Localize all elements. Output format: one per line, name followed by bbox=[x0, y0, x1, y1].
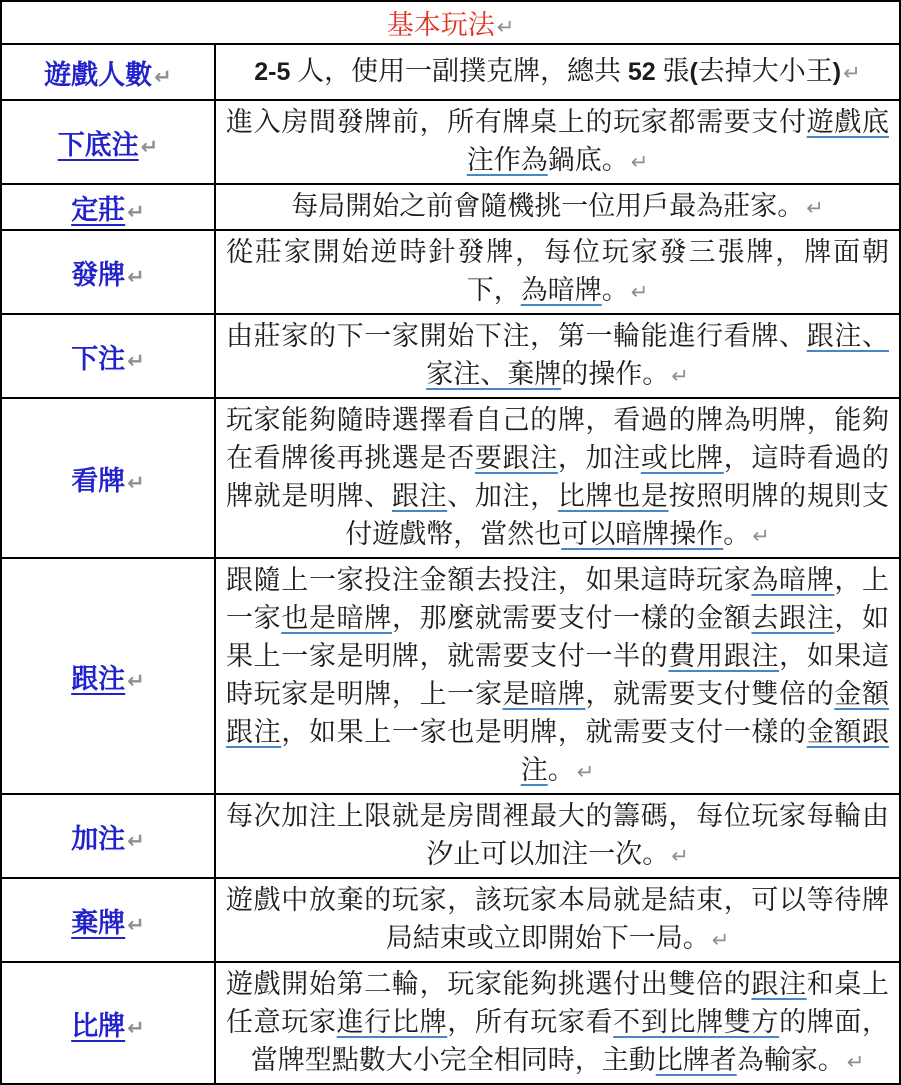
description-text: 。 bbox=[548, 755, 575, 785]
return-mark: ↵ bbox=[127, 349, 145, 373]
return-mark: ↵ bbox=[127, 829, 145, 853]
return-mark: ↵ bbox=[752, 524, 770, 548]
description-text: 52 bbox=[628, 58, 656, 86]
return-mark: ↵ bbox=[127, 200, 145, 224]
term-cell: 跟注↵ bbox=[1, 558, 215, 794]
term-label: 看牌 bbox=[71, 466, 125, 496]
term-link[interactable]: 定莊 bbox=[71, 195, 125, 225]
description-link-text[interactable]: 不到比牌雙方 bbox=[613, 1007, 779, 1037]
return-mark: ↵ bbox=[127, 265, 145, 289]
term-label: 加注 bbox=[71, 824, 125, 854]
term-cell: 看牌↵ bbox=[1, 398, 215, 558]
return-mark: ↵ bbox=[806, 196, 824, 220]
term-cell: 棄牌↵ bbox=[1, 878, 215, 962]
description-cell: 每次加注上限就是房間裡最大的籌碼，每位玩家每輪由汐止可以加注一次。↵ bbox=[215, 794, 900, 878]
description-text: 張 bbox=[656, 56, 690, 86]
description-link-text[interactable]: 費用跟注 bbox=[668, 641, 779, 671]
description-text: 的操作。 bbox=[561, 359, 669, 389]
description-text: 為輸家。 bbox=[737, 1045, 845, 1075]
description-text: 每局開始之前會隨機挑一位用戶最為莊家。 bbox=[291, 191, 804, 221]
table-row: 比牌↵遊戲開始第二輪，玩家能夠挑選付出雙倍的跟注和桌上任意玩家進行比牌，所有玩家… bbox=[1, 962, 900, 1084]
description-link-text[interactable]: 為暗牌 bbox=[521, 275, 602, 305]
term-link[interactable]: 下底注 bbox=[58, 130, 139, 160]
description-text: 由莊家的下一家開始下注，第一輪能進行看牌、 bbox=[226, 321, 807, 351]
table-row: 棄牌↵遊戲中放棄的玩家，該玩家本局就是結束，可以等待牌局結束或立即開始下一局。↵ bbox=[1, 878, 900, 962]
table-row: 發牌↵從莊家開始逆時針發牌，每位玩家發三張牌，牌面朝下，為暗牌。↵ bbox=[1, 230, 900, 314]
table-row: 下注↵由莊家的下一家開始下注，第一輪能進行看牌、跟注、家注、棄牌的操作。↵ bbox=[1, 314, 900, 398]
description-text: 鍋底。 bbox=[548, 145, 629, 175]
description-cell: 遊戲開始第二輪，玩家能夠挑選付出雙倍的跟注和桌上任意玩家進行比牌，所有玩家看不到… bbox=[215, 962, 900, 1084]
rules-rows: 基本玩法↵ 遊戲人數↵2-5 人，使用一副撲克牌，總共 52 張(去掉大小王)↵… bbox=[1, 1, 900, 1084]
description-link-text[interactable]: 跟注 bbox=[392, 481, 447, 511]
description-cell: 跟隨上一家投注金額去投注，如果這時玩家為暗牌，上一家也是暗牌，那麼就需要支付一樣… bbox=[215, 558, 900, 794]
term-cell: 下底注↵ bbox=[1, 100, 215, 184]
return-mark: ↵ bbox=[631, 280, 649, 304]
description-link-text[interactable]: 要跟注 bbox=[475, 443, 558, 473]
term-cell: 下注↵ bbox=[1, 314, 215, 398]
description-text: 跟隨上一家投注金額去投注，如果這時玩家 bbox=[226, 565, 751, 595]
description-text: ，那麼就需要支付一樣的金額 bbox=[392, 603, 752, 633]
description-cell: 進入房間發牌前，所有牌桌上的玩家都需要支付遊戲底注作為鍋底。↵ bbox=[215, 100, 900, 184]
description-text: 遊戲中放棄的玩家，該玩家本局就是結束，可以等待牌局結束或立即開始下一局。 bbox=[226, 885, 889, 953]
return-mark: ↵ bbox=[631, 150, 649, 174]
description-cell: 每局開始之前會隨機挑一位用戶最為莊家。↵ bbox=[215, 184, 900, 230]
rules-table: 基本玩法↵ 遊戲人數↵2-5 人，使用一副撲克牌，總共 52 張(去掉大小王)↵… bbox=[0, 0, 901, 1085]
description-text: ) bbox=[833, 58, 841, 86]
description-text: 。 bbox=[602, 275, 629, 305]
header-row: 基本玩法↵ bbox=[1, 1, 900, 44]
table-row: 加注↵每次加注上限就是房間裡最大的籌碼，每位玩家每輪由汐止可以加注一次。↵ bbox=[1, 794, 900, 878]
table-title-cell: 基本玩法↵ bbox=[1, 1, 900, 44]
term-label: 下注 bbox=[71, 344, 125, 374]
description-link-text[interactable]: 比牌也是 bbox=[558, 481, 669, 511]
term-cell: 加注↵ bbox=[1, 794, 215, 878]
description-link-text[interactable]: 是暗牌 bbox=[503, 679, 586, 709]
return-mark: ↵ bbox=[577, 760, 595, 784]
description-text: 進入房間發牌前，所有牌桌上的玩家都需要支付 bbox=[226, 107, 807, 137]
description-cell: 玩家能夠隨時選擇看自己的牌，看過的牌為明牌，能夠在看牌後再挑選是否要跟注，加注或… bbox=[215, 398, 900, 558]
table-row: 定莊↵每局開始之前會隨機挑一位用戶最為莊家。↵ bbox=[1, 184, 900, 230]
description-link-text[interactable]: 跟注 bbox=[751, 969, 806, 999]
description-text: 每次加注上限就是房間裡最大的籌碼，每位玩家每輪由汐止可以加注一次。 bbox=[226, 801, 889, 869]
table-row: 跟注↵跟隨上一家投注金額去投注，如果這時玩家為暗牌，上一家也是暗牌，那麼就需要支… bbox=[1, 558, 900, 794]
return-mark: ↵ bbox=[141, 135, 159, 159]
term-link[interactable]: 比牌 bbox=[71, 1011, 125, 1041]
term-link[interactable]: 棄牌 bbox=[71, 908, 125, 938]
description-link-text[interactable]: 或比牌 bbox=[641, 443, 724, 473]
description-text: 、加注， bbox=[447, 481, 558, 511]
description-text: ，如果上一家也是明牌，就需要支付一樣的 bbox=[281, 717, 806, 747]
description-text: ，就需要支付雙倍的 bbox=[586, 679, 835, 709]
term-cell: 比牌↵ bbox=[1, 962, 215, 1084]
term-cell: 定莊↵ bbox=[1, 184, 215, 230]
return-mark: ↵ bbox=[671, 364, 689, 388]
description-link-text[interactable]: 也是暗牌 bbox=[281, 603, 392, 633]
return-mark: ↵ bbox=[671, 844, 689, 868]
description-link-text[interactable]: 可以暗牌操作 bbox=[561, 519, 723, 549]
term-label: 遊戲人數 bbox=[44, 60, 152, 90]
return-mark: ↵ bbox=[127, 471, 145, 495]
term-label: 發牌 bbox=[71, 260, 125, 290]
description-text: 去掉大小王 bbox=[698, 56, 833, 86]
description-cell: 2-5 人，使用一副撲克牌，總共 52 張(去掉大小王)↵ bbox=[215, 44, 900, 100]
return-mark: ↵ bbox=[843, 61, 861, 85]
description-text: 2-5 bbox=[254, 58, 290, 86]
description-cell: 從莊家開始逆時針發牌，每位玩家發三張牌，牌面朝下，為暗牌。↵ bbox=[215, 230, 900, 314]
description-link-text[interactable]: 為暗牌 bbox=[751, 565, 834, 595]
term-cell: 遊戲人數↵ bbox=[1, 44, 215, 100]
return-mark: ↵ bbox=[127, 913, 145, 937]
return-mark: ↵ bbox=[154, 65, 172, 89]
return-mark: ↵ bbox=[497, 15, 515, 39]
return-mark: ↵ bbox=[847, 1050, 865, 1074]
description-text: ，加注 bbox=[558, 443, 641, 473]
description-text: ，所有玩家看 bbox=[447, 1007, 613, 1037]
return-mark: ↵ bbox=[127, 1016, 145, 1040]
term-cell: 發牌↵ bbox=[1, 230, 215, 314]
description-text: ( bbox=[689, 58, 697, 86]
description-link-text[interactable]: 比牌者 bbox=[656, 1045, 737, 1075]
description-text: 人，使用一副撲克牌，總共 bbox=[290, 56, 628, 86]
return-mark: ↵ bbox=[127, 669, 145, 693]
description-link-text[interactable]: 進行比牌 bbox=[337, 1007, 448, 1037]
table-row: 下底注↵進入房間發牌前，所有牌桌上的玩家都需要支付遊戲底注作為鍋底。↵ bbox=[1, 100, 900, 184]
term-link[interactable]: 跟注 bbox=[71, 664, 125, 694]
description-cell: 遊戲中放棄的玩家，該玩家本局就是結束，可以等待牌局結束或立即開始下一局。↵ bbox=[215, 878, 900, 962]
table-row: 看牌↵玩家能夠隨時選擇看自己的牌，看過的牌為明牌，能夠在看牌後再挑選是否要跟注，… bbox=[1, 398, 900, 558]
table-title: 基本玩法 bbox=[387, 10, 495, 40]
description-cell: 由莊家的下一家開始下注，第一輪能進行看牌、跟注、家注、棄牌的操作。↵ bbox=[215, 314, 900, 398]
description-text: 。 bbox=[723, 519, 750, 549]
description-text: 遊戲開始第二輪，玩家能夠挑選付出雙倍的 bbox=[226, 969, 751, 999]
description-link-text[interactable]: 去跟注 bbox=[751, 603, 834, 633]
table-row: 遊戲人數↵2-5 人，使用一副撲克牌，總共 52 張(去掉大小王)↵ bbox=[1, 44, 900, 100]
return-mark: ↵ bbox=[712, 928, 730, 952]
